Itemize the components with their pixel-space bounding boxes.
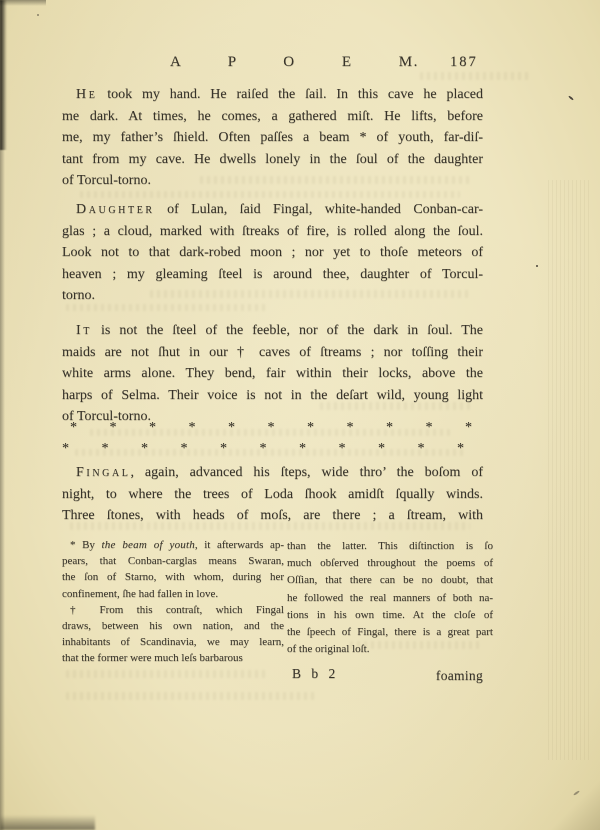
- text-line: tant from my cave. He dwells lonely in t…: [62, 149, 483, 171]
- text-line: † From this contraſt, which Fingal: [62, 602, 284, 618]
- page-edge-shadow-left-top: [0, 0, 7, 150]
- text-line: draws, between his own nation, and the: [62, 618, 284, 634]
- text-line: confinement, ſhe had fallen in love.: [62, 586, 284, 602]
- page-edge-shadow-bottom: [0, 815, 95, 830]
- footnote-column-left: * By the beam of youth, it afterwards ap…: [62, 537, 284, 667]
- text-line: that the former were much leſs barbarous: [62, 650, 284, 666]
- text-line: white arms alone. They bend, fair within…: [62, 363, 483, 385]
- text-line: maids are not ſhut in our † caves of ſtr…: [62, 342, 483, 364]
- text-line: me dark. At times, he comes, a gathered …: [62, 106, 483, 128]
- ink-speck: [536, 265, 538, 267]
- ink-speck: [568, 95, 574, 100]
- paper-texture-streaks: [548, 180, 590, 760]
- text-line: * By the beam of youth, it afterwards ap…: [62, 537, 284, 553]
- text-line: night, to where the trees of Loda ſhook …: [62, 484, 483, 506]
- paragraph-1: He took my hand. He raiſed the ſail. In …: [62, 84, 483, 192]
- text-line: heaven ; my gleaming ſteel is around the…: [62, 264, 483, 286]
- text-line: He took my hand. He raiſed the ſail. In …: [62, 84, 483, 106]
- running-header-title: A P O E M.: [170, 54, 419, 71]
- text-line: Fingal, again, advanced his ſteps, wide …: [62, 462, 483, 484]
- text-line: the ſpeech of Fingal, there is a great p…: [287, 624, 493, 641]
- book-page: A P O E M. 187 He took my hand. He raiſe…: [0, 0, 600, 830]
- text-line: tions in his own time. At the cloſe of: [287, 607, 493, 624]
- text-line: much obſerved throughout the poems of: [287, 555, 493, 572]
- footnote-continuation: than the latter. This diſtinction is ſom…: [287, 538, 493, 658]
- page-edge-shadow-top: [0, 0, 46, 6]
- catchword: foaming: [436, 668, 483, 683]
- catchword-row: foaming: [62, 667, 483, 685]
- page-number: 187: [450, 54, 483, 71]
- text-line: of Torcul-torno.: [62, 170, 483, 192]
- text-line: torno.: [62, 285, 483, 307]
- footnote-star: * By the beam of youth, it afterwards ap…: [62, 537, 284, 602]
- text-line: It is not the ſteel of the feeble, nor o…: [62, 320, 483, 342]
- page-corner-shadow: [540, 778, 600, 830]
- text-line: Oſſian, that there can be no doubt, that: [287, 572, 493, 589]
- text-line: Three ſtones, with heads of moſs, are th…: [62, 505, 483, 527]
- asterisk-separator-row-2: * * * * * * * * * * *: [62, 441, 464, 457]
- showthrough-text: [80, 191, 460, 198]
- text-line: glas ; a cloud, marked with ſtreaks of f…: [62, 221, 483, 243]
- text-line: the ſon of Starno, with whom, during her: [62, 569, 284, 585]
- paragraph-3: It is not the ſteel of the feeble, nor o…: [62, 320, 483, 428]
- paragraph-2: Daughter of Lulan, ſaid Fingal, white-ha…: [62, 199, 483, 307]
- footnote-dagger: † From this contraſt, which Fingaldraws,…: [62, 602, 284, 667]
- showthrough-text: [66, 692, 316, 700]
- paragraph-4: Fingal, again, advanced his ſteps, wide …: [62, 462, 483, 527]
- text-line: Look not to that dark-robed moon ; nor y…: [62, 242, 483, 264]
- showthrough-text: [420, 72, 530, 80]
- text-line: of the original loſt.: [287, 641, 493, 658]
- ink-speck: [37, 14, 39, 16]
- asterisk-separator-row-1: * * * * * * * * * * *: [70, 420, 472, 436]
- footnote-column-right: than the latter. This diſtinction is ſom…: [287, 538, 493, 658]
- text-line: harps of Selma. Their voice is not in th…: [62, 385, 483, 407]
- text-line: me, my father’s ſhield. Often paſſes a b…: [62, 127, 483, 149]
- text-line: inhabitants of Scandinavia, we may learn…: [62, 634, 284, 650]
- text-line: he followed the real manners of both na-: [287, 590, 493, 607]
- text-line: Daughter of Lulan, ſaid Fingal, white-ha…: [62, 199, 483, 221]
- text-line: than the latter. This diſtinction is ſo: [287, 538, 493, 555]
- text-line: pears, that Conban-carglas means Swaran,: [62, 553, 284, 569]
